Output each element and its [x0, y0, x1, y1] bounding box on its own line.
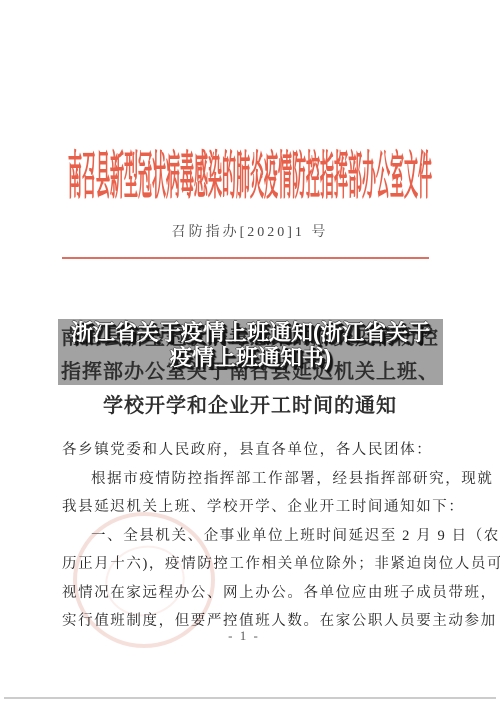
- document-number: 召防指办[2020]1 号: [0, 221, 500, 241]
- letterhead-red-rule: [62, 257, 429, 259]
- scanned-document-page: 南召县新型冠状病毒感染的肺炎疫情防控指挥部办公室文件 召防指办[2020]1 号…: [0, 0, 500, 706]
- document-body: 各乡镇党委和人民政府，县直各单位，各人民团体：根据市疫情防控指挥部工作部署，经县…: [62, 436, 442, 636]
- body-line: 历正月十六)，疫情防控工作相关单位除外；非紧迫岗位人员可: [62, 550, 442, 579]
- document-title-line3: 学校开学和企业开工时间的通知: [0, 389, 500, 423]
- body-line: 根据市疫情防控指挥部工作部署，经县指挥部研究，现就: [62, 465, 442, 494]
- scan-bottom-edge: [4, 697, 496, 699]
- overlay-headline: 浙江省关于疫情上班通知(浙江省关于 疫情上班通知书): [58, 320, 443, 370]
- overlay-headline-line1: 浙江省关于疫情上班通知(浙江省关于: [58, 320, 443, 345]
- body-line: 各乡镇党委和人民政府，县直各单位，各人民团体：: [62, 436, 442, 465]
- letterhead-red-title: 南召县新型冠状病毒感染的肺炎疫情防控指挥部办公室文件: [0, 138, 500, 212]
- overlay-headline-line2: 疫情上班通知书): [58, 345, 443, 370]
- body-line: 我县延迟机关上班、学校开学、企业开工时间通知如下：: [62, 493, 442, 522]
- body-line: 视情况在家远程办公、网上办公。各单位应由班子成员带班，: [62, 579, 442, 608]
- page-number: - 1 -: [0, 628, 488, 644]
- body-line: 一、全县机关、企事业单位上班时间延迟至 2 月 9 日（农: [62, 522, 442, 551]
